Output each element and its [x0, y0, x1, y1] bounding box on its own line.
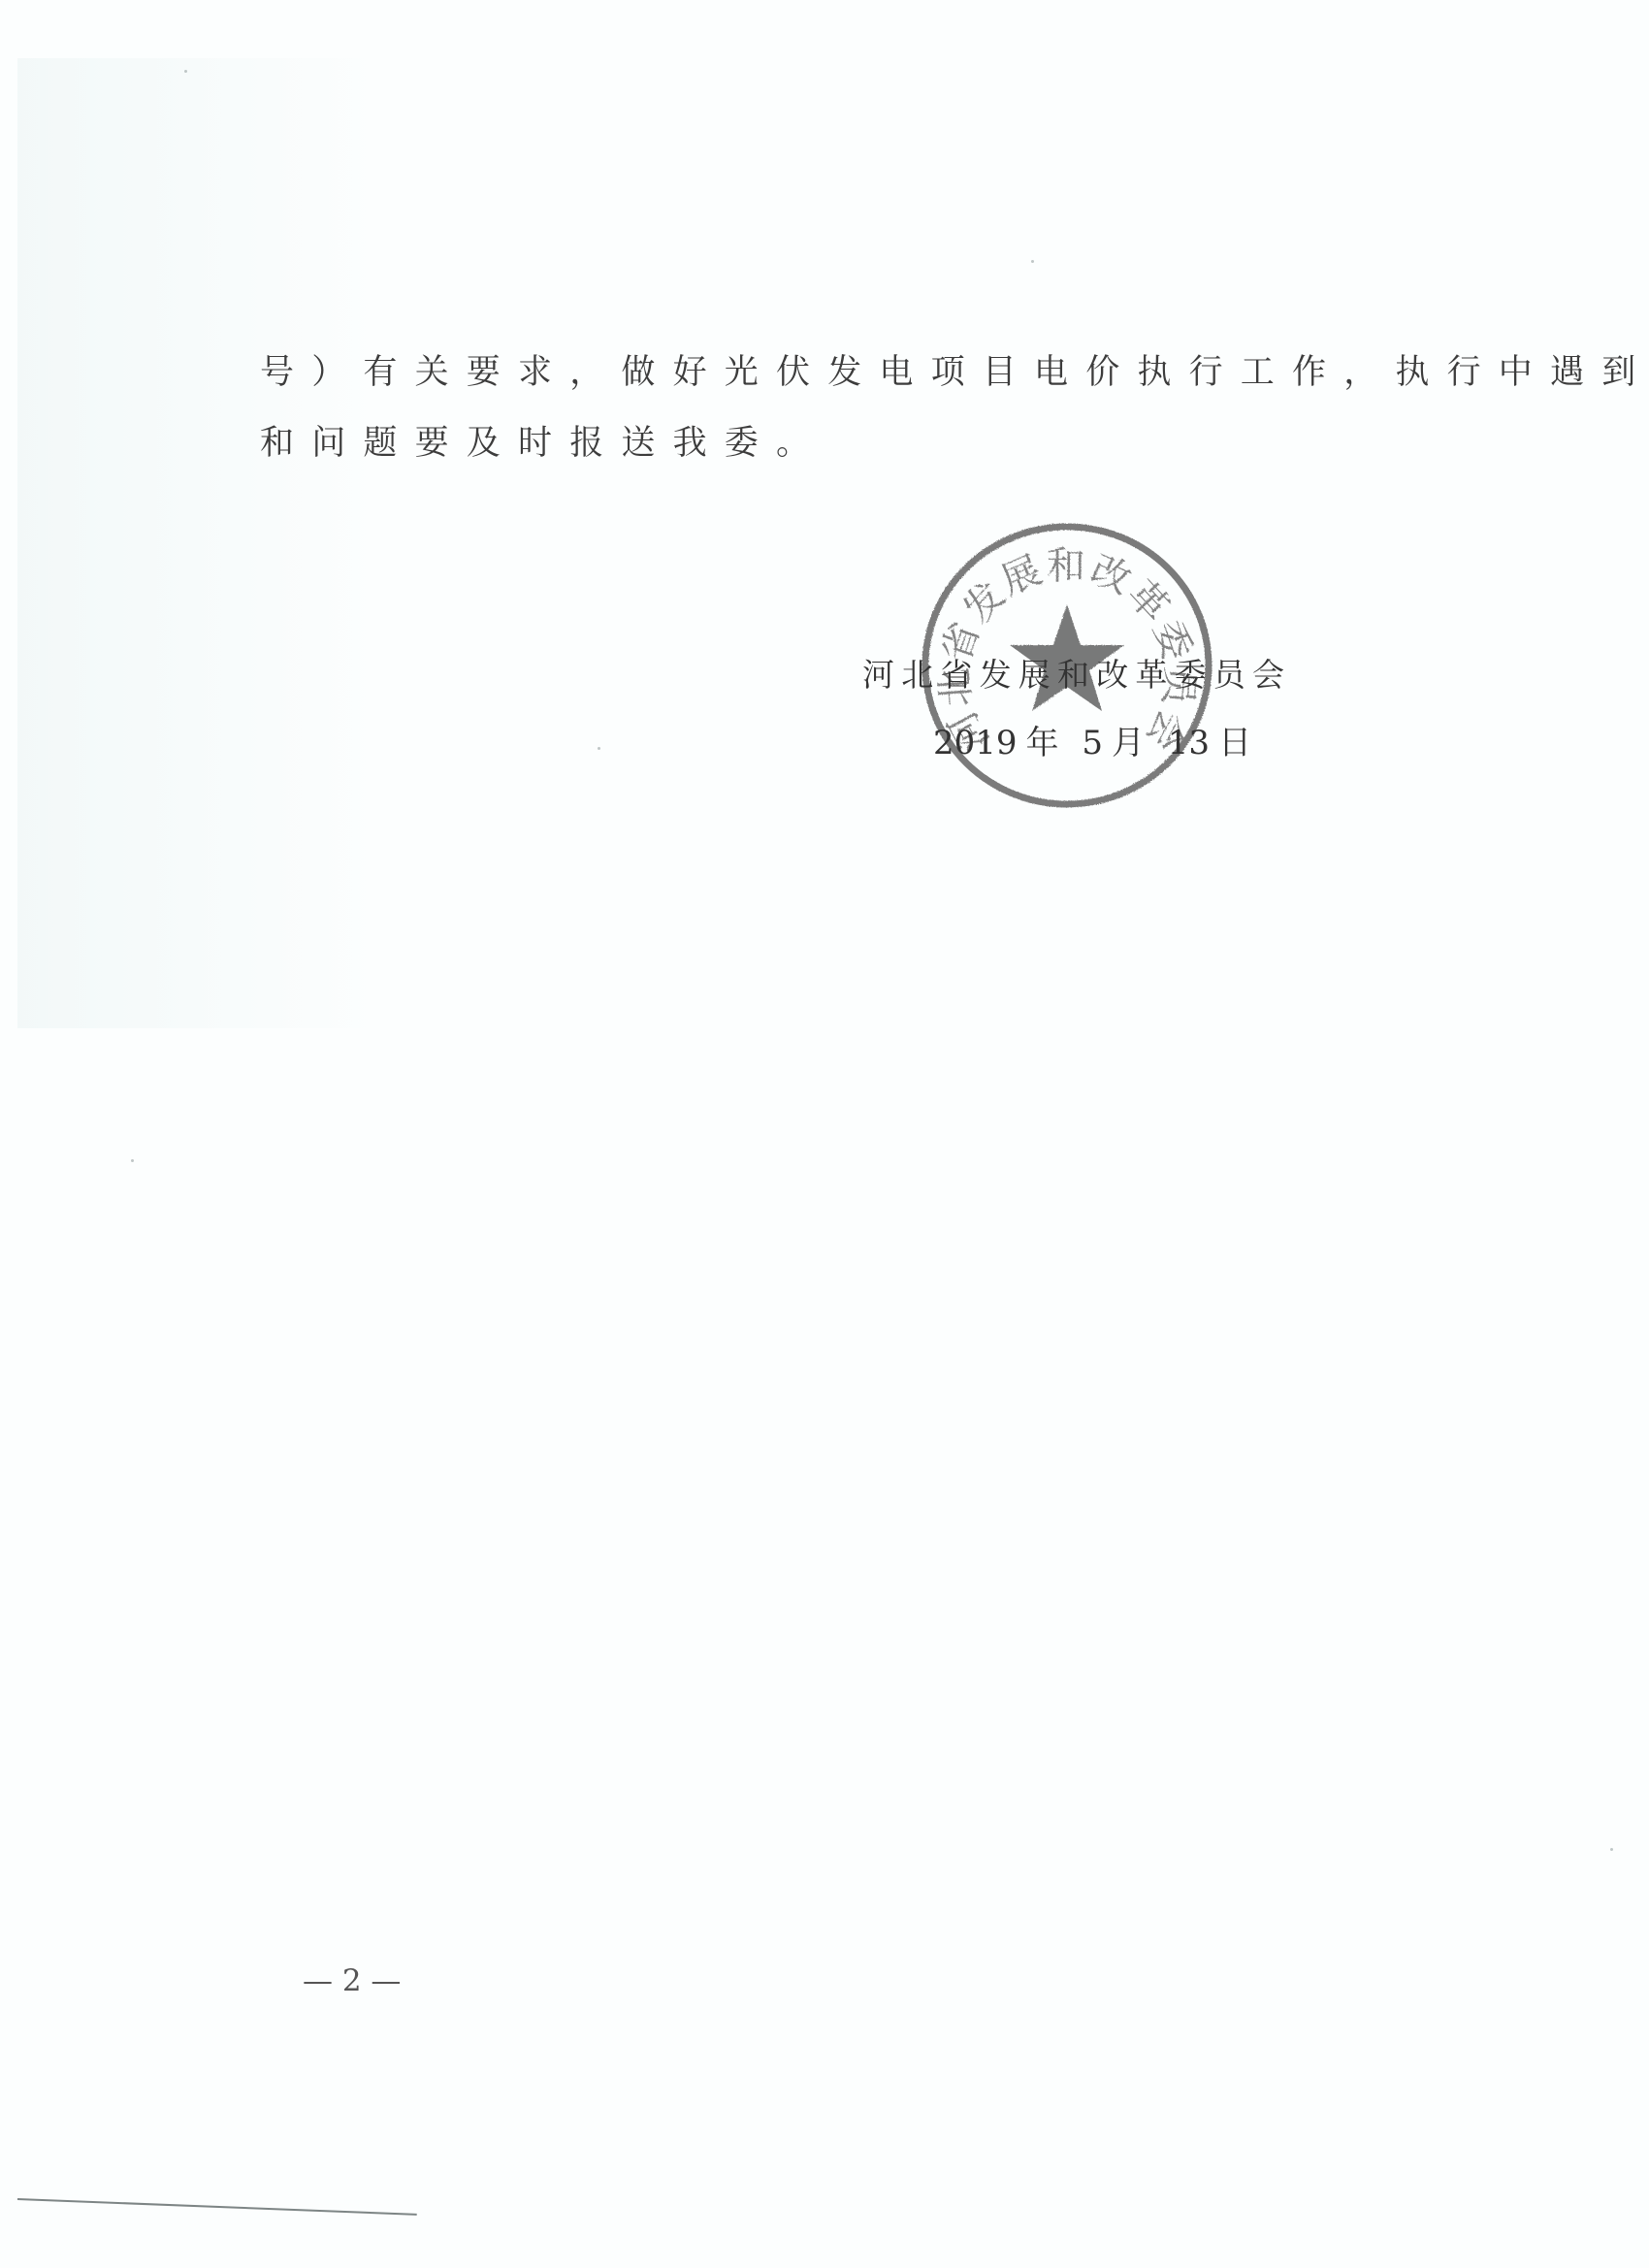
date-year: 2019 — [933, 724, 1018, 762]
page-number: — 2 — — [303, 1961, 401, 2000]
date-day-unit: 日 — [1218, 724, 1251, 762]
scan-speck — [1610, 1848, 1613, 1851]
scan-shading — [17, 58, 386, 1028]
body-text-line-2: 和问题要及时报送我委。 — [260, 424, 827, 463]
scan-speck — [131, 1159, 134, 1162]
issue-date: 2019年 5月 13日 — [933, 724, 1260, 762]
scan-speck — [598, 747, 600, 750]
scan-speck — [1031, 260, 1034, 263]
scan-speck — [184, 70, 187, 73]
document-page: 号）有关要求，做好光伏发电项目电价执行工作，执行中遇到的情况 和问题要及时报送我… — [0, 0, 1649, 2268]
date-month-unit: 月 — [1112, 724, 1145, 762]
issuer-signature: 河北省发展和改革委员会 — [862, 656, 1291, 695]
bottom-rule-line — [17, 2198, 417, 2216]
date-year-unit: 年 — [1026, 724, 1059, 762]
date-day: 13 — [1168, 724, 1210, 762]
date-month: 5 — [1082, 724, 1103, 762]
body-text-line-1: 号）有关要求，做好光伏发电项目电价执行工作，执行中遇到的情况 — [260, 353, 1649, 392]
